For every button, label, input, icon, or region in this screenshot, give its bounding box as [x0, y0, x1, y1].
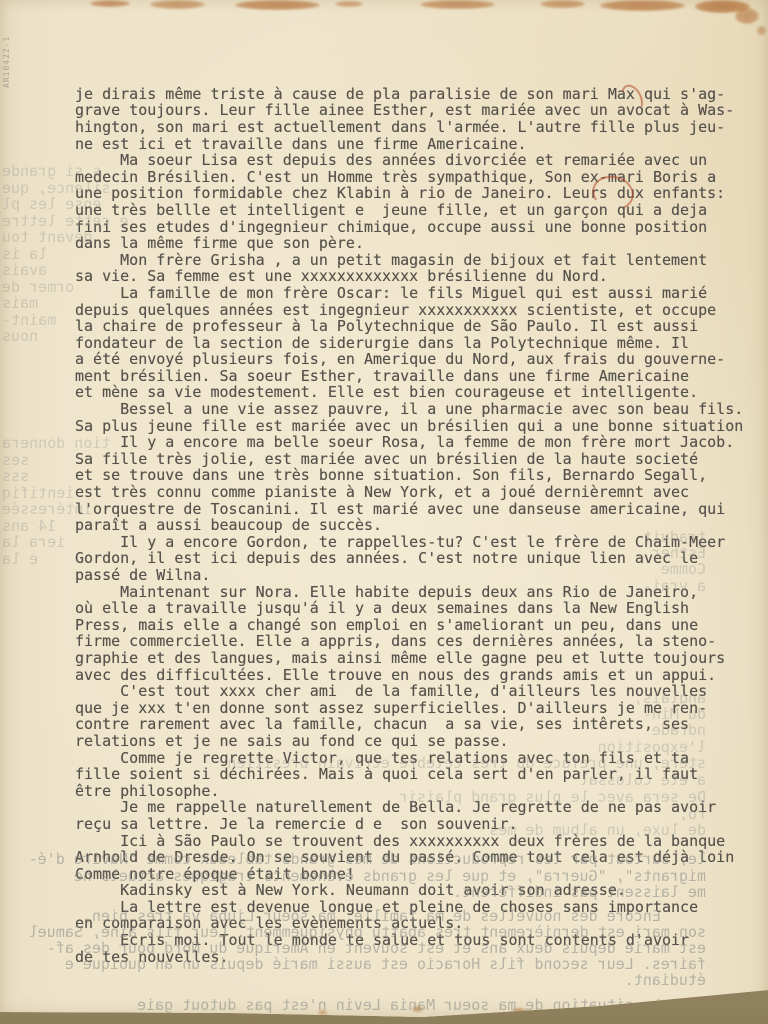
archive-label: AR10422-1 — [2, 36, 11, 88]
bleed-fragment: sss — [2, 468, 29, 485]
letter-line: Mon frère Grisha , a un petit magasin de… — [75, 252, 760, 269]
letter-line: où elle a travaille jusqu'á il y a deux … — [75, 600, 760, 617]
letter-line: Ma soeur Lisa est depuis des années divo… — [75, 152, 760, 169]
rust-spot — [420, 0, 495, 9]
letter-line: Kadinsky est à New York. Neumann doit av… — [75, 882, 760, 899]
bleed-fragment: ses — [2, 452, 29, 469]
letter-line: reçu sa lettre. Je la remercie d e son s… — [75, 816, 760, 833]
rust-spot — [540, 0, 585, 8]
letter-line: Il y a encore Gordon, te rappelles-tu? C… — [75, 534, 760, 551]
letter-line: que je xxx t'en donne sont assez superfi… — [75, 700, 760, 717]
letter-line: une très bellle et intelligent e jeune f… — [75, 202, 760, 219]
letter-line: en comparaison avec les evènements actue… — [75, 915, 760, 932]
letter-line: fille soient si déchirées. Mais à quoi c… — [75, 766, 760, 783]
letter-line: Je me rappelle naturellement de Bella. J… — [75, 799, 760, 816]
rust-spot — [614, 1010, 631, 1018]
rust-spot — [600, 0, 685, 11]
letter-line: C'est tout xxxx cher ami de la famille, … — [75, 683, 760, 700]
letter-line: ment brésilien. Sa soeur Esther, travail… — [75, 368, 760, 385]
letter-line: être philosophe. — [75, 783, 760, 800]
letter-line: et se trouve dans une très bonne situati… — [75, 467, 760, 484]
bleed-fragment: mais — [2, 295, 38, 312]
letter-line: Il y a encore ma belle soeur Rosa, la fe… — [75, 434, 760, 451]
bleed-fragment: la is — [2, 246, 47, 263]
rust-spot — [412, 1006, 423, 1012]
bleed-fragment: maint- — [2, 312, 56, 329]
rust-spot — [735, 8, 759, 24]
rust-spot — [335, 1, 363, 7]
bleed-fragment: iera la — [2, 534, 65, 551]
bleed-fragment: ientifiq — [2, 485, 74, 502]
letter-line: La lettre est devenue longue et pleine d… — [75, 899, 760, 916]
letter-line: graphie et des langues, mais ainsi même … — [75, 650, 760, 667]
letter-line: Arnhold de Dresde. On se souvient du pas… — [75, 849, 760, 866]
letter-line: une position formidable chez Klabin à ri… — [75, 185, 760, 202]
rust-spot — [700, 998, 713, 1005]
letter-line: Ecris moi. Tout le monde te salue et tou… — [75, 932, 760, 949]
letter-line: Sa plus jeune fille est mariée avec un b… — [75, 418, 760, 435]
letter-line: avec des difficultées. Elle trouve en no… — [75, 667, 760, 684]
letter-line: fondateur de la section de siderurgie da… — [75, 335, 760, 352]
letter-line: ne est ici et travaille dans une firme A… — [75, 136, 760, 153]
rust-spot — [512, 1008, 527, 1015]
bleed-fragment: e la — [2, 551, 38, 568]
letter-line: paraît a aussi beaucoup de succès. — [75, 517, 760, 534]
letter-line: passé de Wilna. — [75, 567, 760, 584]
letter-line: Gordon, il est ici depuis des années. C'… — [75, 550, 760, 567]
rust-spot — [90, 0, 130, 7]
letter-line: je dirais même triste à cause de pla par… — [75, 86, 760, 103]
rust-spot — [150, 0, 205, 9]
bleed-fragment: avais — [2, 262, 47, 279]
letter-line: la chaire de professeur à la Polytechniq… — [75, 318, 760, 335]
letter-line: Sa fille très jolie, est mariée avec un … — [75, 451, 760, 468]
letter-line: Press, mais elle a changé son emploi en … — [75, 617, 760, 634]
letter-line: dans la même firme que son père. — [75, 235, 760, 252]
letter-line: et mène sa vie modestement. Elle est bie… — [75, 384, 760, 401]
bleed-fragment: nous — [2, 328, 38, 345]
letter-line: Maintenant sur Nora. Elle habite depuis … — [75, 584, 760, 601]
letter-line: Comme notre époque était bonne! — [75, 866, 760, 883]
letter-line: a été envoyé plusieurs fois, en Amerique… — [75, 351, 760, 368]
letter-line: medecin Brésilien. C'est un Homme très s… — [75, 169, 760, 186]
letter-line: l'orquestre de Toscanini. Il est marié a… — [75, 501, 760, 518]
letter-line: sa vie. Sa femme est une xxxxxxxxxxxxx b… — [75, 268, 760, 285]
letter-line: depuis quelques années est ingegnieur xx… — [75, 302, 760, 319]
letter-line: Bessel a une vie assez pauvre, il a une … — [75, 401, 760, 418]
letter-line: est très connu comme pianiste à New York… — [75, 484, 760, 501]
bleed-fragment: 14 ans — [2, 518, 56, 535]
letter-line: hington, son mari est actuellement dans … — [75, 119, 760, 136]
letter-line: La famille de mon frère Oscar: le fils M… — [75, 285, 760, 302]
rust-spot — [318, 1010, 327, 1015]
bleed-fragment: ormer de — [2, 279, 74, 296]
rust-spot — [757, 26, 766, 35]
letter-line: de tes nouvelles. — [75, 949, 760, 966]
letter-line: Ici à São Paulo se trouvent des xxxxxxxx… — [75, 833, 760, 850]
letter-body: je dirais même triste à cause de pla par… — [75, 36, 760, 965]
letter-line: Comme je regrette Victor, que tes relati… — [75, 750, 760, 767]
letter-line: fini ses etudes d'ingegnieur chimique, o… — [75, 219, 760, 236]
bleed-line: étudiant. — [625, 972, 706, 989]
letter-line: firme commercielle. Elle a appris, dans … — [75, 633, 760, 650]
letter-line: grave toujours. Leur fille ainee Esther,… — [75, 102, 760, 119]
rust-spot — [235, 0, 320, 10]
letter-line: relations et je ne sais au fond ce qui s… — [75, 733, 760, 750]
letter-line: contre rarement avec la famille, chacun … — [75, 716, 760, 733]
bleed-line: La situation de ma soeur Mania Levin n'e… — [137, 997, 706, 1014]
letter-page: AR10422-1 je dirais même triste à cause … — [0, 0, 768, 1024]
